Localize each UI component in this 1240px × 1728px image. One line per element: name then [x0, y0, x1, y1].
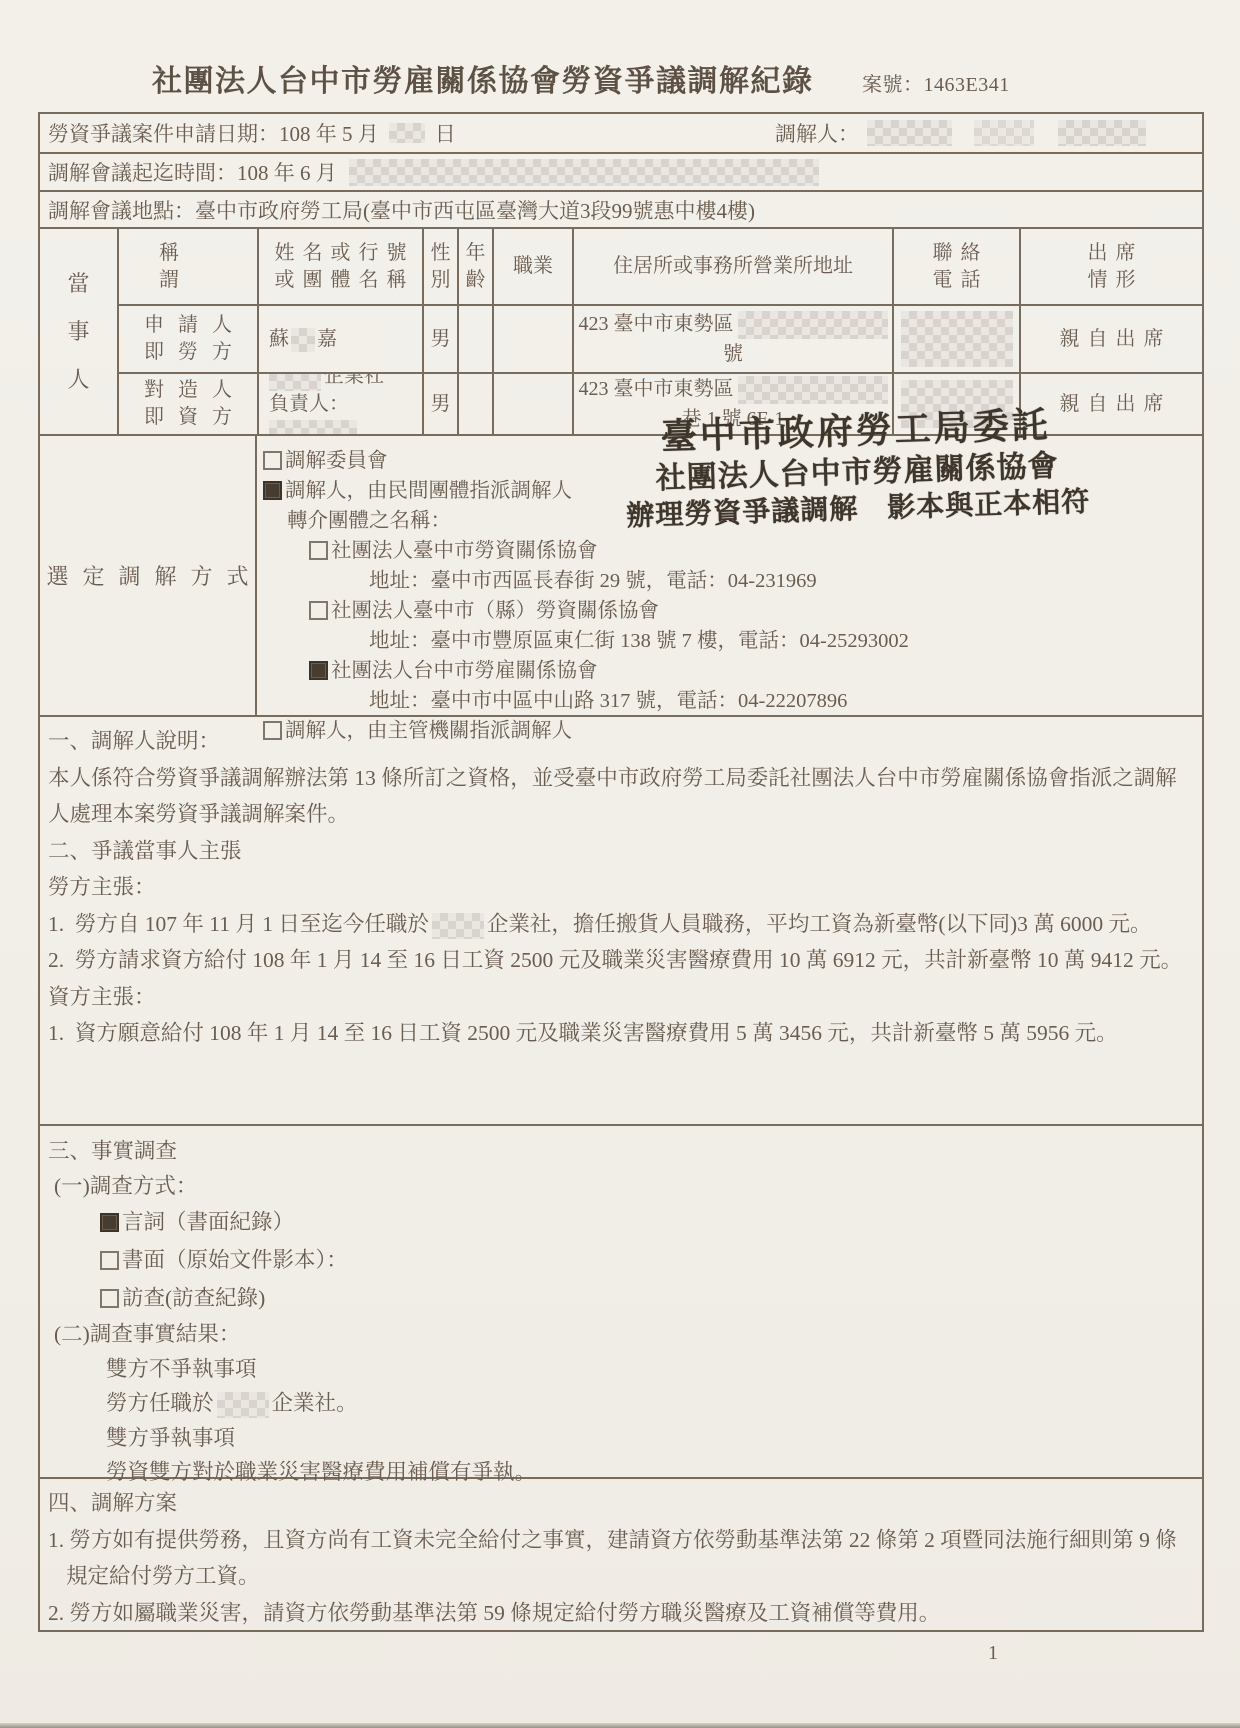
investigation-method-label: (一)調查方式：	[48, 1169, 1192, 1204]
case-number: 案號：1463E341	[862, 68, 1010, 97]
page-title: 社團法人台中市勞雇關係協會勞資爭議調解紀錄	[152, 56, 814, 100]
applicant-address: 423 臺中市東勢區 號	[572, 304, 892, 372]
checkbox-mediator-civil-group	[263, 481, 282, 500]
header-name: 姓名或行號 或團體名稱	[257, 229, 422, 304]
header-phone: 聯絡 電話	[892, 229, 1019, 304]
applicant-attendance: 親自出席	[1019, 304, 1202, 372]
respondent-gender: 男	[422, 372, 457, 434]
referral-group-label: 轉介團體之名稱：	[263, 506, 1202, 536]
checkbox-mediation-committee	[263, 451, 282, 470]
org-1-address: 地址：臺中市西區長春街 29 號，電話：04-231969	[263, 566, 1202, 596]
section4-heading: 四、調解方案	[48, 1485, 1192, 1522]
undisputed-heading: 雙方不爭執事項	[48, 1352, 1192, 1387]
scan-bottom-edge	[0, 1723, 1240, 1728]
checkbox-org-1	[309, 541, 328, 560]
parties-table: 當 事 人 稱謂 姓名或行號 或團體名稱 性別 年齡 職業 住居所或事務所營業所…	[40, 227, 1202, 434]
application-date-label: 勞資爭議案件申請日期：108 年 5 月	[48, 118, 379, 148]
labor-claim-1: 1. 勞方自 107 年 11 月 1 日至迄今任職於企業社，擔任搬貨人員職務，…	[48, 906, 1192, 943]
header-age: 年齡	[457, 229, 492, 304]
proposal-item-2: 2. 勞方如屬職業災害，請資方依勞動基準法第 59 條規定給付勞方職災醫療及工資…	[48, 1595, 1192, 1632]
header-job: 職業	[492, 229, 572, 304]
labor-claim-2: 2. 勞方請求資方給付 108 年 1 月 14 至 16 日工資 2500 元…	[48, 942, 1192, 979]
checkbox-verbal	[100, 1213, 119, 1232]
respondent-name: 企業社 負責人：	[257, 372, 422, 434]
header-role: 稱謂	[117, 229, 257, 304]
page-number: 1	[988, 1642, 998, 1665]
applicant-gender: 男	[422, 304, 457, 372]
header-attendance: 出席 情形	[1019, 229, 1202, 304]
section1-body: 本人係符合勞資爭議調解辦法第 13 條所訂之資格，並受臺中市政府勞工局委託社團法…	[48, 760, 1192, 833]
redacted-owner-name	[269, 420, 357, 434]
section3-heading: 三、事實調查	[48, 1134, 1192, 1169]
meeting-time-row: 調解會議起迄時間：108 年 6 月	[40, 152, 1202, 190]
respondent-role: 對造人 即資方	[117, 372, 257, 434]
mediation-method-label: 選定調解方式	[40, 436, 257, 715]
redacted-company-name	[217, 1392, 269, 1418]
respondent-job	[492, 372, 572, 434]
sections-1-2: 一、調解人說明： 本人係符合勞資爭議調解辦法第 13 條所訂之資格，並受臺中市政…	[40, 715, 1202, 1124]
checkbox-org-2	[309, 601, 328, 620]
parties-side-label: 當 事 人	[40, 229, 117, 434]
section2-heading: 二、爭議當事人主張	[48, 833, 1192, 870]
mediation-method-section: 選定調解方式 調解委員會 調解人，由民間團體指派調解人 轉介團體之名稱： 社團法…	[40, 434, 1202, 715]
scanned-document-page: 社團法人台中市勞雇關係協會勞資爭議調解紀錄 案號：1463E341 勞資爭議案件…	[0, 0, 1240, 1728]
redacted-company-name	[269, 372, 321, 391]
investigation-result-label: (二)調查事實結果：	[48, 1317, 1192, 1352]
redacted-address	[738, 311, 888, 339]
respondent-age	[457, 372, 492, 434]
proposal-item-1: 1. 勞方如有提供勞務，且資方尚有工資未完全給付之事實，建請資方依勞動基準法第 …	[48, 1522, 1192, 1595]
applicant-role: 申請人 即勞方	[117, 304, 257, 372]
redacted-phone	[901, 380, 1013, 428]
applicant-job	[492, 304, 572, 372]
labor-claims-heading: 勞方主張：	[48, 869, 1192, 906]
mediator-field: 調解人：	[775, 118, 1146, 148]
checkbox-written	[100, 1251, 119, 1270]
checkbox-mediator-authority	[263, 721, 282, 740]
meeting-place-row: 調解會議地點：臺中市政府勞工局(臺中市西屯區臺灣大道3段99號惠中樓4樓)	[40, 190, 1202, 227]
header-address: 住居所或事務所營業所地址	[572, 229, 892, 304]
redacted-phone	[901, 311, 1013, 367]
redacted-meeting-time	[349, 159, 819, 186]
employer-claims-heading: 資方主張：	[48, 979, 1192, 1016]
applicant-phone	[892, 304, 1019, 372]
meeting-time-label: 調解會議起迄時間：108 年 6 月	[48, 157, 337, 187]
respondent-address: 423 臺中市東勢區 巷 1 號 6F-1	[572, 372, 892, 434]
disputed-heading: 雙方爭執事項	[48, 1421, 1192, 1456]
org-2-address: 地址：臺中市豐原區東仁街 138 號 7 樓，電話：04-25293002	[263, 626, 1202, 656]
redacted-name-char	[291, 328, 315, 352]
meeting-place-text: 調解會議地點：臺中市政府勞工局(臺中市西屯區臺灣大道3段99號惠中樓4樓)	[48, 195, 755, 225]
application-date-row: 勞資爭議案件申請日期：108 年 5 月 日 調解人：	[40, 114, 1202, 152]
header-gender: 性別	[422, 229, 457, 304]
section-3-fact-investigation: 三、事實調查 (一)調查方式： 言詞（書面紀錄） 書面（原始文件影本）： 訪查(…	[40, 1124, 1202, 1477]
redacted-mediator-name	[1058, 120, 1146, 146]
checkbox-org-3	[309, 661, 328, 680]
respondent-phone	[892, 372, 1019, 434]
checkbox-visit	[100, 1289, 119, 1308]
org-3-address: 地址：臺中市中區中山路 317 號，電話：04-22207896	[263, 686, 1202, 716]
mediation-method-options: 調解委員會 調解人，由民間團體指派調解人 轉介團體之名稱： 社團法人臺中市勞資關…	[257, 436, 1202, 715]
undisputed-fact: 勞方任職於企業社。	[48, 1386, 1192, 1421]
redacted-address	[738, 376, 888, 404]
redacted-mediator-name	[974, 120, 1034, 146]
applicant-name: 蘇嘉	[257, 304, 422, 372]
employer-claim-1: 1. 資方願意給付 108 年 1 月 14 至 16 日工資 2500 元及職…	[48, 1015, 1192, 1052]
section-4-mediation-proposal: 四、調解方案 1. 勞方如有提供勞務，且資方尚有工資未完全給付之事實，建請資方依…	[40, 1477, 1202, 1630]
day-suffix: 日	[435, 118, 456, 148]
mediator-label: 調解人：	[775, 118, 859, 148]
applicant-age	[457, 304, 492, 372]
redacted-mediator-name	[867, 120, 952, 146]
document-header: 社團法人台中市勞雇關係協會勞資爭議調解紀錄 案號：1463E341	[0, 56, 1240, 106]
redacted-day	[389, 123, 425, 143]
respondent-attendance: 親自出席	[1019, 372, 1202, 434]
redacted-company-name	[432, 913, 484, 939]
mediation-record-form: 勞資爭議案件申請日期：108 年 5 月 日 調解人： 調解會議起迄時間：108…	[38, 112, 1204, 1632]
